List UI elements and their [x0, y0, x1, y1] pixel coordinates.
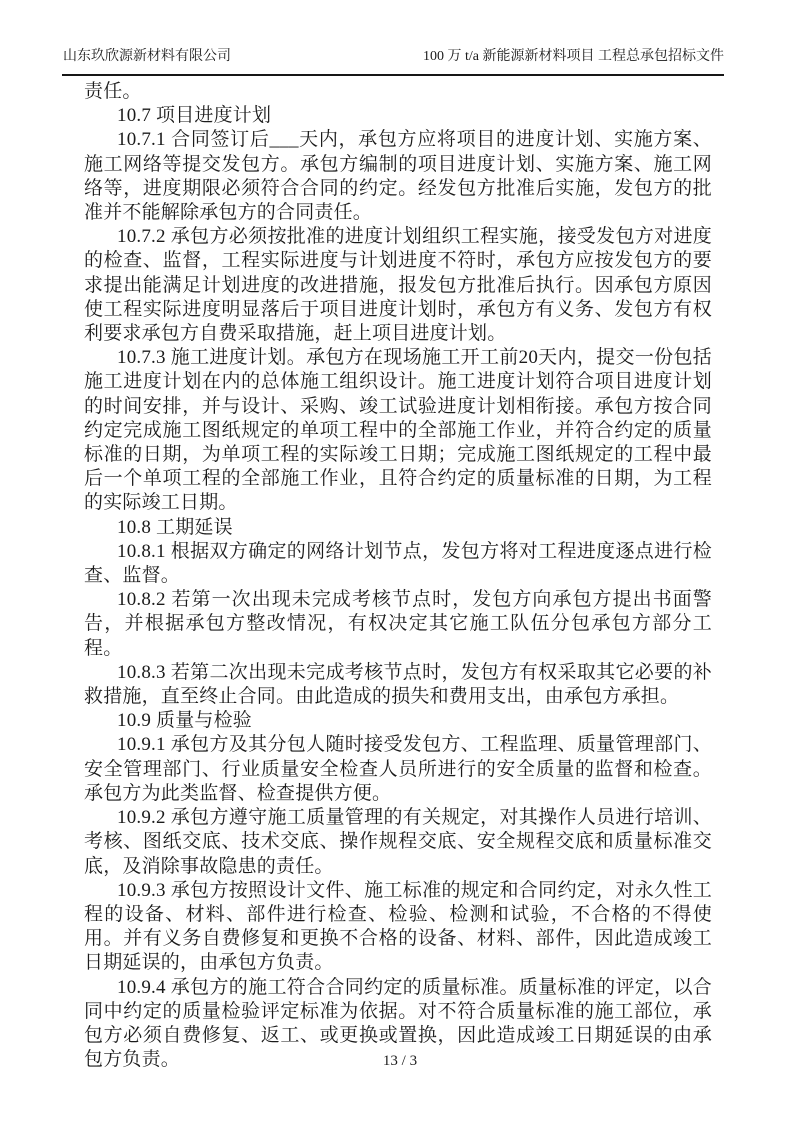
paragraph-continuation: 责任。 [84, 80, 712, 104]
header-rule [62, 74, 724, 76]
clause-10-7-2: 10.7.2 承包方必须按批准的进度计划组织工程实施，接受发包方对进度的检查、监… [84, 225, 712, 346]
clause-10-8-2: 10.8.2 若第一次出现未完成考核节点时，发包方向承包方提出书面警告，并根据承… [84, 588, 712, 661]
clause-10-7-1: 10.7.1 合同签订后___天内，承包方应将项目的进度计划、实施方案、施工网络… [84, 128, 712, 225]
page-header: 山东玖欣源新材料有限公司 100 万 t/a 新能源新材料项目 工程总承包招标文… [63, 48, 724, 66]
clause-heading-10-7: 10.7 项目进度计划 [84, 104, 712, 128]
header-document-title: 100 万 t/a 新能源新材料项目 工程总承包招标文件 [423, 48, 724, 66]
page-number: 13 / 3 [383, 1053, 417, 1069]
clause-10-7-3: 10.7.3 施工进度计划。承包方在现场施工开工前20天内，提交一份包括施工进度… [84, 346, 712, 515]
clause-10-9-1: 10.9.1 承包方及其分包人随时接受发包方、工程监理、质量管理部门、安全管理部… [84, 733, 712, 806]
clause-heading-10-9: 10.9 质量与检验 [84, 709, 712, 733]
document-body: 责任。 10.7 项目进度计划 10.7.1 合同签订后___天内，承包方应将项… [84, 80, 712, 1072]
clause-10-8-1: 10.8.1 根据双方确定的网络计划节点，发包方将对工程进度逐点进行检查、监督。 [84, 540, 712, 588]
clause-10-8-3: 10.8.3 若第二次出现未完成考核节点时，发包方有权采取其它必要的补救措施，直… [84, 661, 712, 709]
clause-10-9-3: 10.9.3 承包方按照设计文件、施工标准的规定和合同约定，对永久性工程的设备、… [84, 879, 712, 976]
clause-10-9-2: 10.9.2 承包方遵守施工质量管理的有关规定，对其操作人员进行培训、考核、图纸… [84, 806, 712, 879]
page-footer: 13 / 3 [0, 1051, 800, 1071]
document-page: 山东玖欣源新材料有限公司 100 万 t/a 新能源新材料项目 工程总承包招标文… [0, 0, 800, 1131]
clause-heading-10-8: 10.8 工期延误 [84, 516, 712, 540]
header-company-name: 山东玖欣源新材料有限公司 [63, 48, 231, 66]
